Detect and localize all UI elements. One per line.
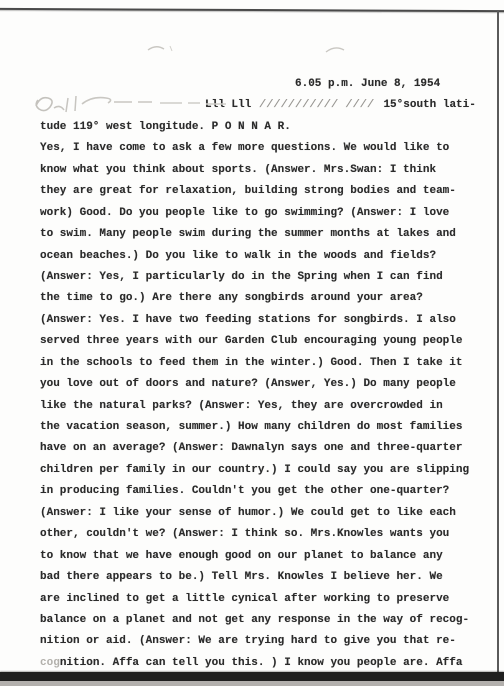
faded-word-start: cog bbox=[40, 657, 60, 669]
scan-background-strip bbox=[0, 681, 504, 686]
text-line: ocean beaches.) Do you like to walk in t… bbox=[40, 246, 480, 267]
text-line: have on an average? (Answer: Dawnalyn sa… bbox=[40, 438, 480, 459]
text-line: you love out of doors and nature? (Answe… bbox=[40, 374, 480, 395]
text-line: the vacation season, summer.) How many c… bbox=[40, 417, 480, 438]
text-line: the time to go.) Are there any songbirds… bbox=[40, 288, 480, 309]
text-line: (Answer: I like your sense of humor.) We… bbox=[40, 503, 480, 524]
typewritten-text-block: 6.05 p.m. June 8, 1954 Lll Lll//////////… bbox=[40, 74, 480, 674]
text-line: they are great for relaxation, building … bbox=[40, 181, 480, 202]
scanned-typewritten-page: 6.05 p.m. June 8, 1954 Lll Lll//////////… bbox=[0, 0, 504, 686]
text-line: in the schools to feed them in the winte… bbox=[40, 353, 480, 374]
photocopy-smudge bbox=[320, 42, 380, 58]
text-line: (Answer: Yes. I have two feeding station… bbox=[40, 310, 480, 331]
header-callsign-line: Lll Lll/////////// ////15°south lati- bbox=[40, 95, 480, 116]
text-line: other, couldn't we? (Answer: I think so.… bbox=[40, 524, 480, 545]
page-top-edge-line bbox=[0, 8, 504, 12]
text-line: tude 119° west longitude. P O N N A R. bbox=[40, 117, 480, 138]
text-line: work) Good. Do you people like to go swi… bbox=[40, 203, 480, 224]
last-line-text: nition. Affa can tell you this. ) I know… bbox=[60, 657, 463, 669]
header-date-time: 6.05 p.m. June 8, 1954 bbox=[295, 74, 480, 95]
text-line: Yes, I have come to ask a few more quest… bbox=[40, 138, 480, 159]
page-bottom-edge-band bbox=[0, 672, 504, 681]
handwritten-scribble bbox=[30, 92, 250, 118]
text-line: nition or aid. (Answer: We are trying ha… bbox=[40, 631, 480, 652]
text-line: like the natural parks? (Answer: Yes, th… bbox=[40, 396, 480, 417]
latitude-fragment: 15°south lati- bbox=[383, 99, 475, 111]
strikeout-slash-marks: /////////// //// bbox=[258, 95, 375, 116]
text-line: served three years with our Garden Club … bbox=[40, 331, 480, 352]
text-line: to know that we have enough good on our … bbox=[40, 546, 480, 567]
photocopy-smudge bbox=[140, 40, 200, 56]
text-line: (Answer: Yes, I particularly do in the S… bbox=[40, 267, 480, 288]
text-line: to swim. Many people swim during the sum… bbox=[40, 224, 480, 245]
text-line: bad there appears to be.) Tell Mrs. Know… bbox=[40, 567, 480, 588]
page-right-edge-line bbox=[497, 10, 499, 676]
text-line: balance on a planet and not get any resp… bbox=[40, 610, 480, 631]
text-line: in producing families. Couldn't you get … bbox=[40, 481, 480, 502]
text-line: children per family in our country.) I c… bbox=[40, 460, 480, 481]
text-line: are inclined to get a little cynical aft… bbox=[40, 589, 480, 610]
text-line: know what you think about sports. (Answe… bbox=[40, 160, 480, 181]
